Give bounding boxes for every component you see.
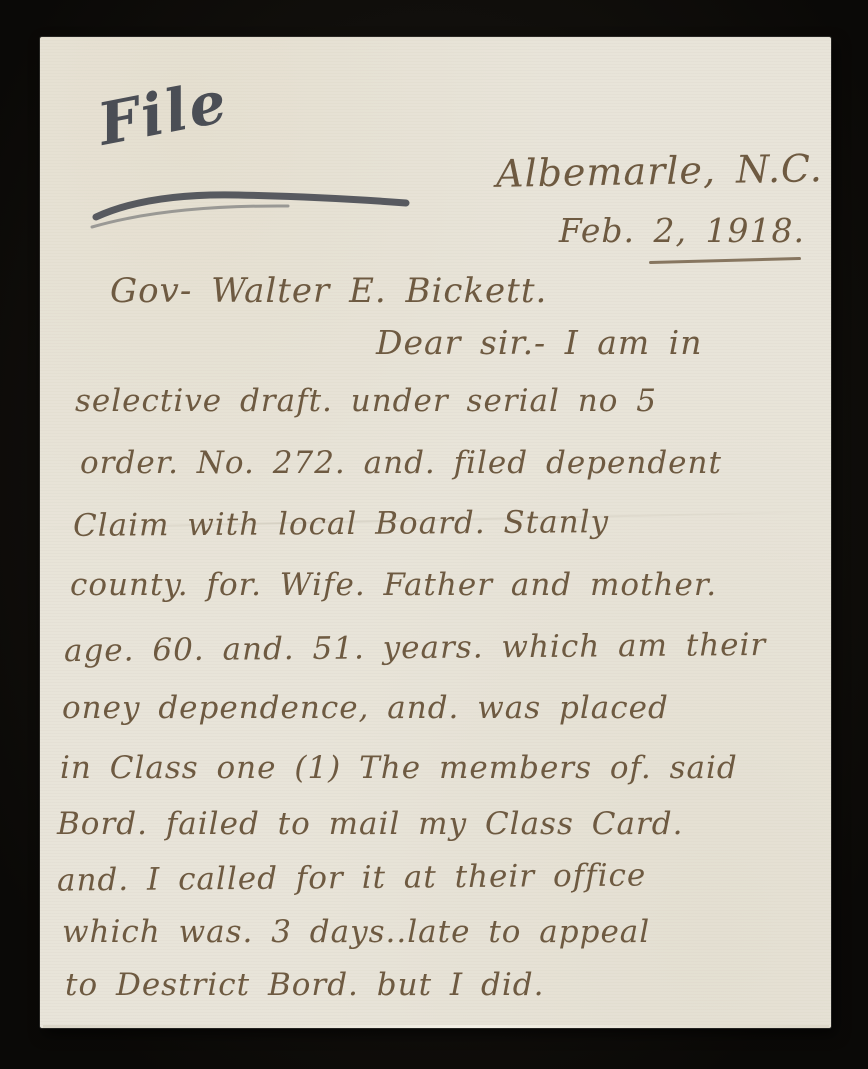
date-underline-stroke <box>649 257 801 264</box>
body-line: which was. 3 days..late to appeal <box>62 914 650 950</box>
date-line: Feb. 2, 1918. <box>559 211 805 250</box>
paper-stack-edge <box>43 1025 829 1028</box>
body-line: oney dependence, and. was placed <box>62 690 669 726</box>
body-line: in Class one (1) The members of. said <box>60 750 738 786</box>
letter-page: File Albemarle, N.C. Feb. 2, 1918. Gov- … <box>40 37 831 1028</box>
place-line: Albemarle, N.C. <box>496 146 823 196</box>
body-line: order. No. 272. and. filed dependent <box>80 445 722 481</box>
photo-backdrop: File Albemarle, N.C. Feb. 2, 1918. Gov- … <box>0 0 868 1069</box>
body-line: county. for. Wife. Father and mother. <box>70 567 717 603</box>
file-annotation: File <box>93 67 234 159</box>
address-line: Gov- Walter E. Bickett. <box>110 271 547 311</box>
body-line: to Destrict Bord. but I did. <box>65 967 544 1003</box>
body-line: age. 60. and. 51. years. which am their <box>64 627 767 669</box>
body-line: Bord. failed to mail my Class Card. <box>57 806 683 842</box>
salutation-line: Dear sir.- I am in <box>376 323 702 362</box>
body-line: and. I called for it at their office <box>57 857 647 898</box>
file-annotation-flourish-stroke <box>88 165 428 235</box>
body-line: selective draft. under serial no 5 <box>75 383 657 419</box>
